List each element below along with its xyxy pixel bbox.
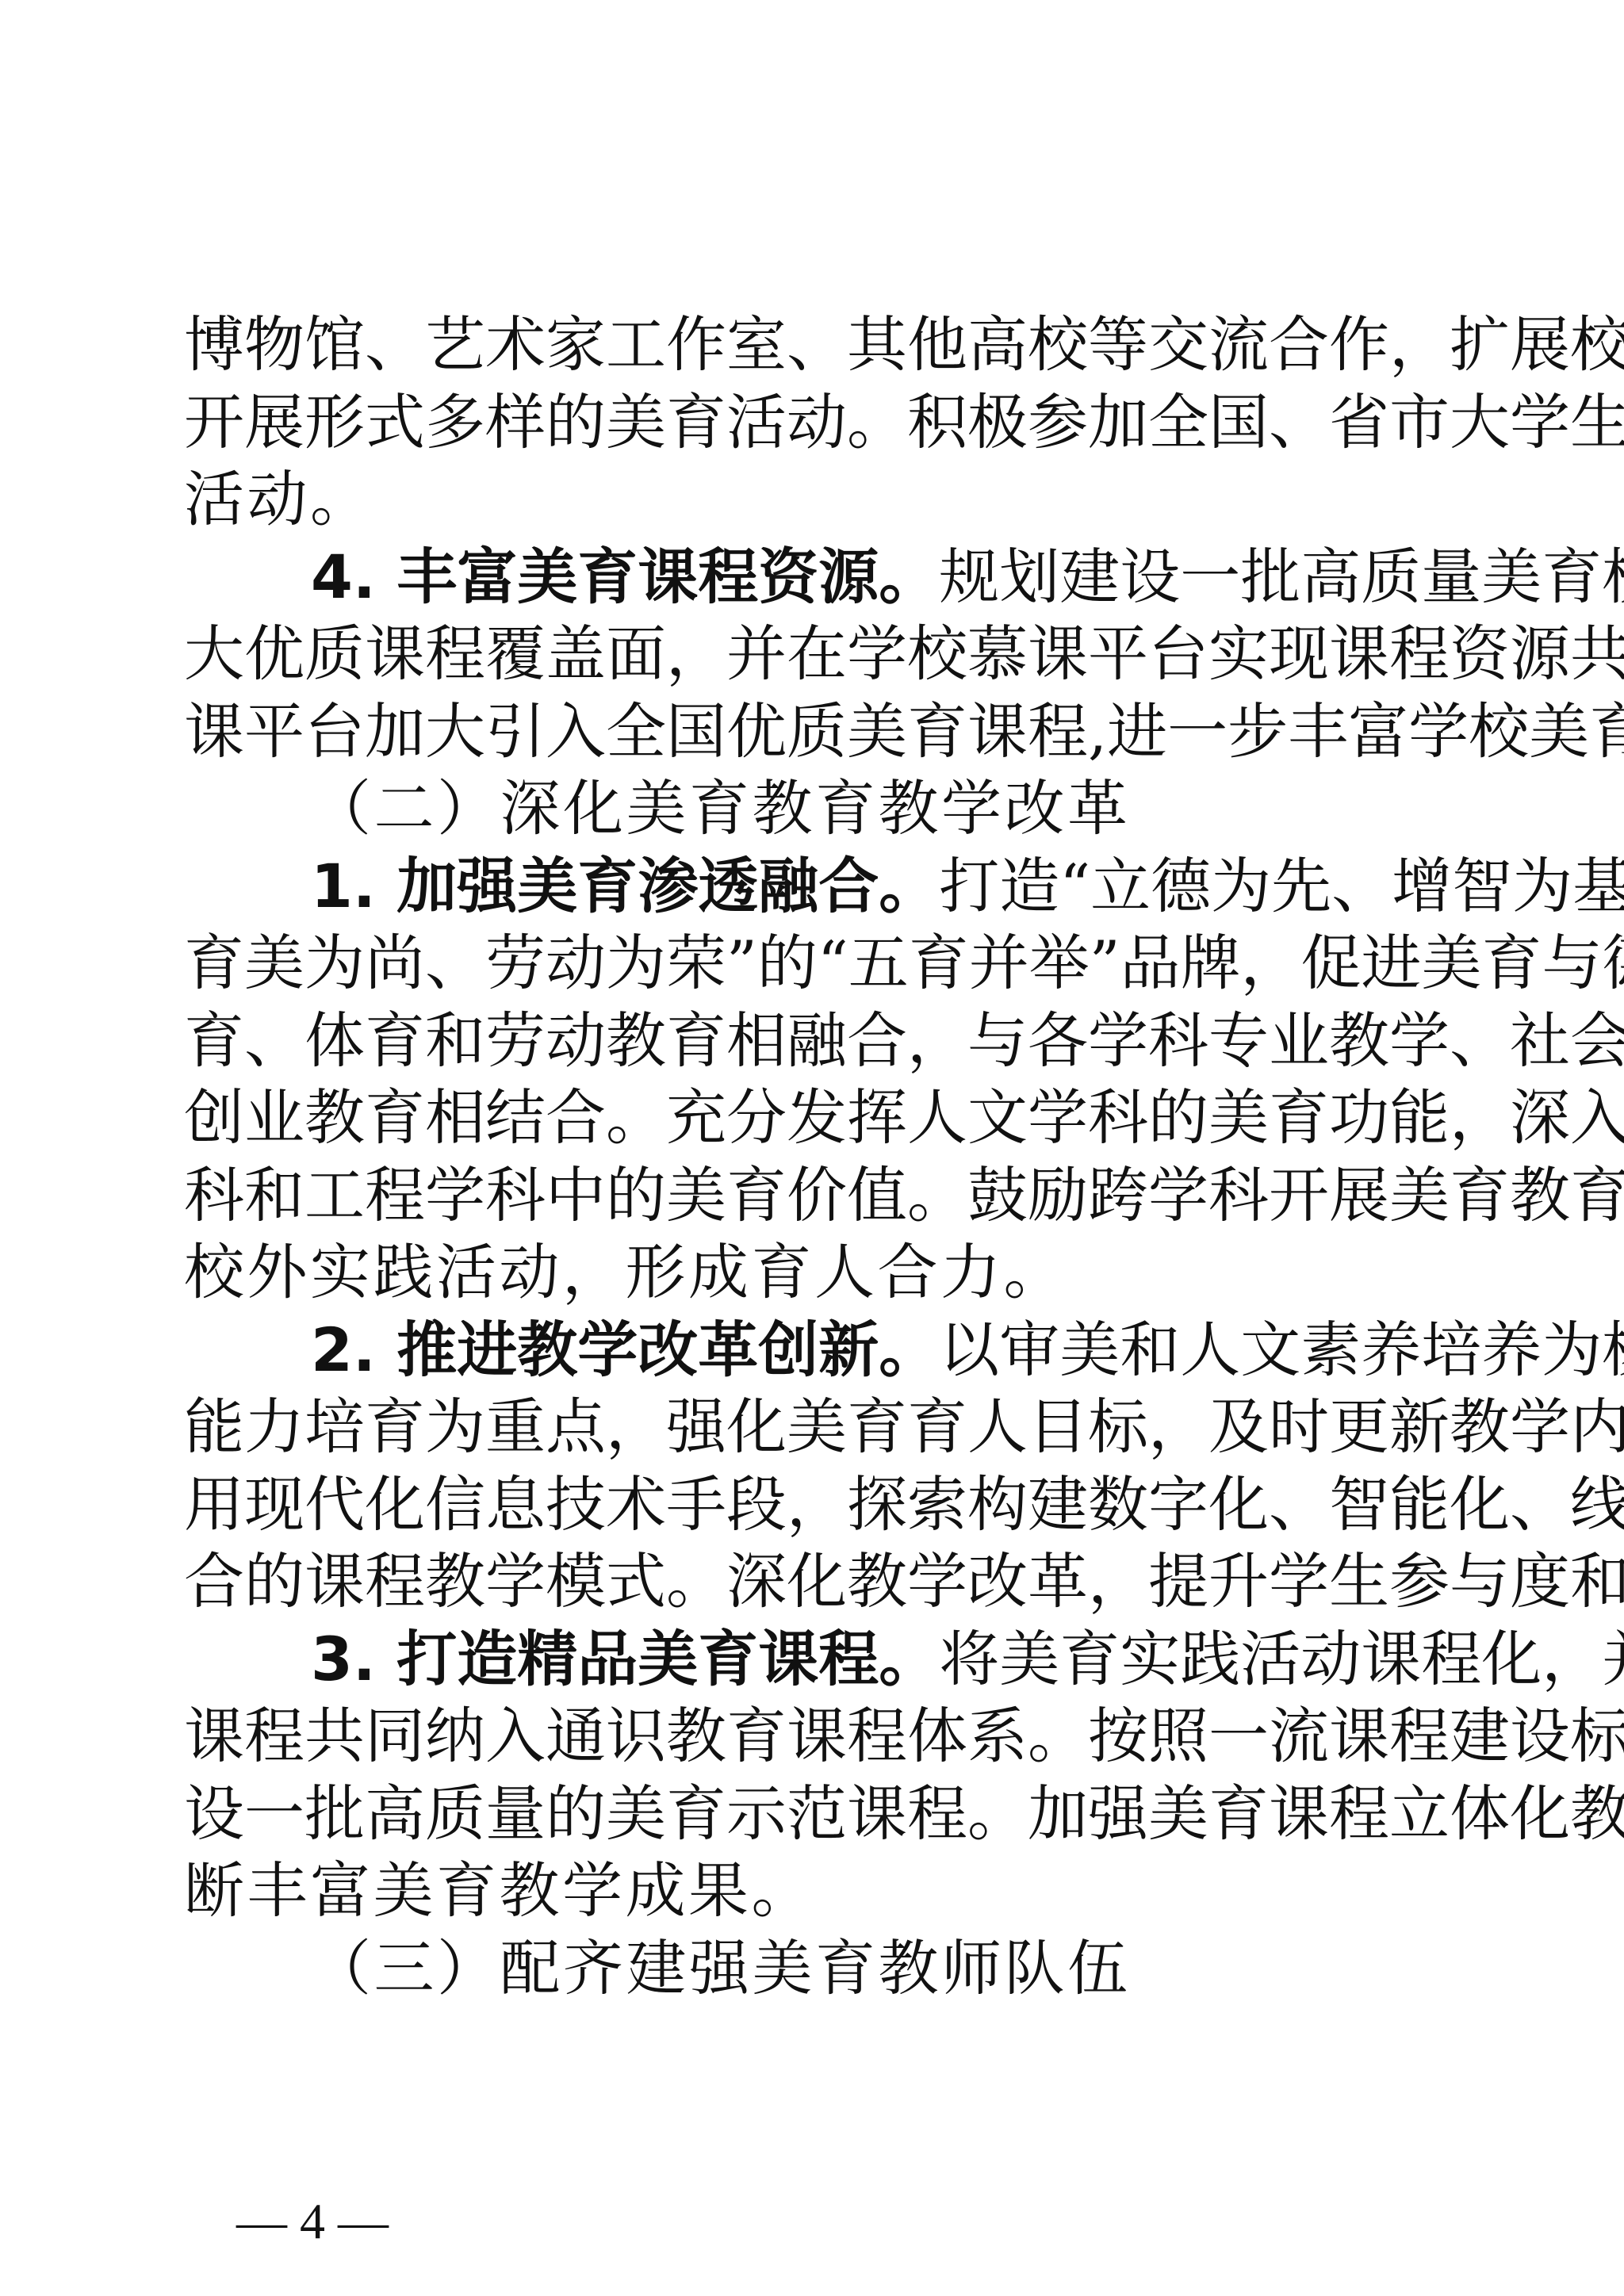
item-3-line: 3. 打造精品美育课程。将美育实践活动课程化，并与美育理论 — [184, 1621, 1450, 1698]
document-body: 博物馆、艺术家工作室、其他高校等交流合作，扩展校外美育资源， 开展形式多样的美育… — [184, 306, 1453, 2007]
item-2-line: 2. 推进教学改革创新。以审美和人文素养培养为核心，以创新 — [184, 1311, 1450, 1389]
paragraph-line: 开展形式多样的美育活动。积极参加全国、省市大学生艺术展演等 — [184, 384, 1450, 461]
item-4-text: 规划建设一批高质量美育校本课程，扩 — [939, 541, 1624, 612]
paragraph-line: 育、体育和劳动教育相融合，与各学科专业教学、社会实践和创新 — [184, 1002, 1450, 1080]
item-4-line: 4. 丰富美育课程资源。规划建设一批高质量美育校本课程，扩 — [184, 538, 1450, 616]
paragraph-line: 创业教育相结合。充分发挥人文学科的美育功能，深入挖掘自然学 — [184, 1079, 1450, 1157]
paragraph-line: 断丰富美育教学成果。 — [184, 1852, 1453, 1930]
item-2-text: 以审美和人文素养培养为核心，以创新 — [939, 1314, 1624, 1385]
item-4-title: 4. 丰富美育课程资源。 — [311, 541, 939, 612]
paragraph-line: 大优质课程覆盖面，并在学校慕课平台实现课程资源共享。通过慕 — [184, 615, 1450, 693]
paragraph-line: 课平台加大引入全国优质美育课程,进一步丰富学校美育课程资源。 — [184, 693, 1450, 771]
page-number: — 4 — — [236, 2187, 389, 2256]
paragraph-line: 设一批高质量的美育示范课程。加强美育课程立体化教材建设，不 — [184, 1775, 1450, 1853]
item-3-title: 3. 打造精品美育课程。 — [311, 1624, 939, 1694]
item-3-text: 将美育实践活动课程化，并与美育理论 — [939, 1624, 1624, 1694]
item-1-text: 打造“立德为先、增智为基、健体为本、 — [939, 851, 1624, 921]
document-page: 博物馆、艺术家工作室、其他高校等交流合作，扩展校外美育资源， 开展形式多样的美育… — [0, 0, 1624, 2296]
paragraph-line: 合的课程教学模式。深化教学改革，提升学生参与度和教学效果。 — [184, 1543, 1450, 1621]
item-2-title: 2. 推进教学改革创新。 — [311, 1314, 939, 1385]
paragraph-line: 课程共同纳入通识教育课程体系。按照一流课程建设标准，培育建 — [184, 1697, 1450, 1775]
section-heading-3: （三）配齐建强美育教师队伍 — [184, 1930, 1453, 2007]
paragraph-line: 科和工程学科中的美育价值。鼓励跨学科开展美育教育教学和课外 — [184, 1157, 1450, 1234]
item-1-title: 1. 加强美育渗透融合。 — [311, 851, 939, 921]
paragraph-line: 用现代化信息技术手段，探索构建数字化、智能化、线上线下相结 — [184, 1466, 1450, 1544]
paragraph-line: 能力培育为重点，强化美育育人目标，及时更新教学内容。充分运 — [184, 1388, 1450, 1466]
paragraph-line: 校外实践活动，形成育人合力。 — [184, 1234, 1453, 1311]
item-1-line: 1. 加强美育渗透融合。打造“立德为先、增智为基、健体为本、 — [184, 848, 1450, 925]
section-heading-2: （二）深化美育教育教学改革 — [184, 770, 1453, 848]
paragraph-line: 博物馆、艺术家工作室、其他高校等交流合作，扩展校外美育资源， — [184, 306, 1450, 384]
paragraph-line: 活动。 — [184, 461, 1453, 538]
paragraph-line: 育美为尚、劳动为荣”的“五育并举”品牌，促进美育与德育、智 — [184, 924, 1450, 1002]
